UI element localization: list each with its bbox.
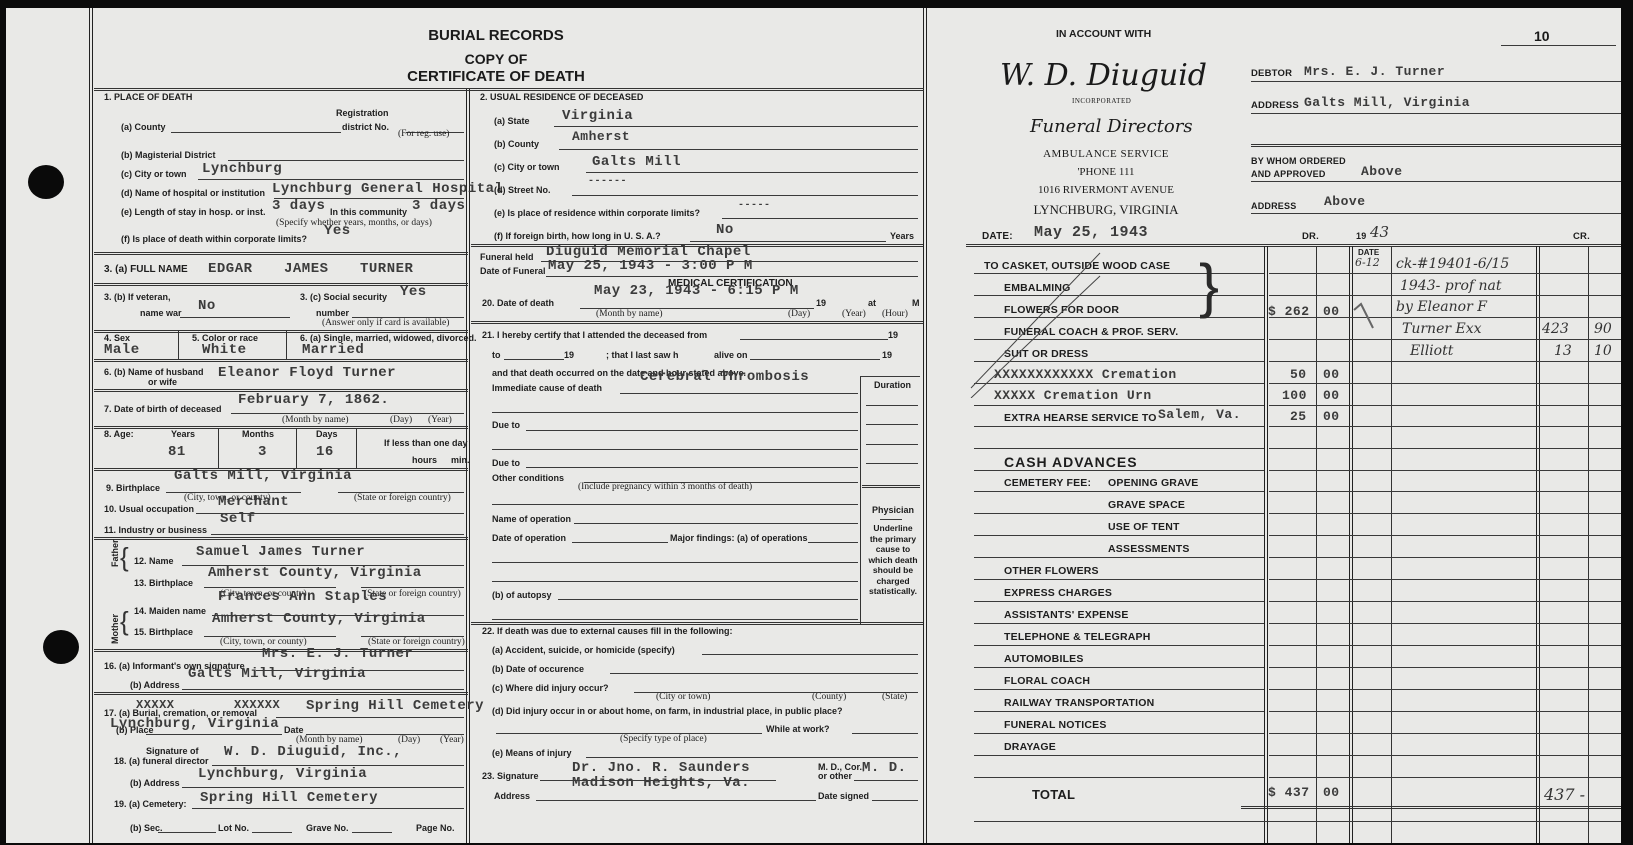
- row-rule: [974, 448, 1264, 449]
- father-name-label: 12. Name: [134, 556, 174, 566]
- underline: [536, 800, 816, 801]
- corporate-label: (e) Is place of residence within corpora…: [494, 208, 700, 218]
- line-item-dollars: 25: [1290, 409, 1307, 424]
- hearse-destination-value: Salem, Va.: [1158, 407, 1241, 422]
- duration-field[interactable]: [866, 424, 918, 425]
- ordered-label: BY WHOM ORDERED: [1251, 156, 1346, 166]
- row-rule: [1269, 689, 1621, 690]
- credit-cents: 10: [1594, 343, 1612, 359]
- invoice-date-label: DATE:: [982, 231, 1013, 242]
- divider: [862, 485, 920, 488]
- m-label: M: [912, 298, 920, 308]
- community-label: In this community: [330, 207, 407, 217]
- column-rule: [1349, 246, 1353, 843]
- row-rule: [1269, 361, 1621, 362]
- scan-edge: [1628, 8, 1633, 845]
- type-note: (Specify type of place): [620, 734, 707, 744]
- other-conditions-label: Other conditions: [492, 473, 564, 483]
- line-item-label: EXTRA HEARSE SERVICE TO: [1004, 412, 1157, 424]
- company-logo: W. D. Diuguid: [1000, 58, 1207, 93]
- underline: [1501, 45, 1616, 46]
- occupation-label: 10. Usual occupation: [104, 504, 194, 514]
- attended-to-field[interactable]: [504, 359, 564, 360]
- nineteen-label: 19: [888, 330, 898, 340]
- row-rule: [1269, 448, 1621, 449]
- birthplace-value: Galts Mill, Virginia: [174, 468, 352, 484]
- stay-value: 3 days: [272, 198, 325, 214]
- strikeout-1: XXXXX: [136, 698, 175, 712]
- certificate-border-right: [923, 8, 927, 843]
- divider: [286, 331, 287, 359]
- sec-field[interactable]: [158, 832, 216, 833]
- column-rule: [1536, 246, 1540, 843]
- ambulance-service-label: AMBULANCE SERVICE: [1036, 148, 1176, 160]
- years-label: Years: [890, 231, 914, 241]
- director-label-2: 18. (a) funeral director: [114, 756, 209, 766]
- invoice-number: 10: [1534, 28, 1550, 44]
- informant-address-label: (b) Address: [130, 680, 180, 690]
- row-rule: [1269, 491, 1621, 492]
- due-to-field[interactable]: [492, 449, 858, 450]
- burial-record-page: BURIAL RECORDS COPY OF CERTIFICATE OF DE…: [6, 8, 1621, 843]
- at-work-label: While at work?: [766, 724, 830, 734]
- other-item-label: FLORAL COACH: [1004, 675, 1090, 687]
- physician-address-label: Address: [494, 791, 530, 801]
- company-city-label: LYNCHBURG, VIRGINIA: [1028, 202, 1184, 218]
- means-field[interactable]: [586, 757, 918, 758]
- other-item-label: RAILWAY TRANSPORTATION: [1004, 697, 1154, 709]
- duration-field[interactable]: [866, 444, 918, 445]
- cash-item-label: USE OF TENT: [1108, 521, 1180, 533]
- strikethrough-lines: [966, 248, 1106, 398]
- death-date-value: May 23, 1943 - 6:15 P M: [594, 283, 799, 299]
- occupation-value: Merchant: [218, 494, 289, 510]
- binder-hole: [43, 630, 79, 664]
- row-rule: [1269, 557, 1621, 558]
- note-line: statistically.: [862, 586, 924, 597]
- invoice-date-value: May 25, 1943: [1034, 224, 1148, 241]
- spouse-label: 6. (b) Name of husband: [104, 367, 204, 377]
- state-note: (State or foreign country): [354, 493, 451, 503]
- debtor-label: DEBTOR: [1251, 68, 1292, 79]
- divider: [296, 428, 297, 468]
- check-mark-icon: [1351, 298, 1381, 333]
- mother-birthplace-label: 15. Birthplace: [134, 627, 193, 637]
- corporate-value: Yes: [324, 223, 351, 239]
- nineteen-label: 19: [882, 350, 892, 360]
- ssn-number-label: number: [316, 308, 349, 318]
- informant-signature-value: Mrs. E. J. Turner: [262, 646, 413, 662]
- years-label: Years: [171, 429, 195, 439]
- underline: [204, 587, 336, 588]
- state-note: (State): [882, 692, 907, 702]
- note-line: charged: [862, 576, 924, 587]
- divider: [966, 244, 1621, 247]
- findings-field[interactable]: [492, 562, 858, 563]
- divider: [1251, 144, 1621, 147]
- certificate-border-left: [89, 8, 93, 843]
- row-rule: [1269, 777, 1621, 778]
- underline: [182, 689, 464, 690]
- divider: [218, 428, 219, 468]
- due-to-field[interactable]: [526, 467, 858, 468]
- age-years-value: 81: [168, 444, 186, 460]
- due-to-field[interactable]: [526, 430, 858, 431]
- line-item-cents: 00: [1323, 367, 1340, 382]
- row-rule: [974, 821, 1621, 822]
- row-rule: [1269, 295, 1621, 296]
- at-label: at: [868, 298, 876, 308]
- first-name-value: EDGAR: [208, 261, 253, 277]
- op-date-label: Date of operation: [492, 533, 566, 543]
- findings-field[interactable]: [808, 542, 858, 543]
- column-divider: [466, 88, 470, 843]
- divider: [471, 321, 923, 324]
- total-label: TOTAL: [1032, 787, 1075, 802]
- days-label: Days: [316, 429, 338, 439]
- other-item-label: ASSISTANTS' EXPENSE: [1004, 609, 1129, 621]
- underline: [586, 172, 918, 173]
- row-rule: [1269, 579, 1621, 580]
- occurrence-label: (b) Date of occurence: [492, 664, 584, 674]
- underline: [361, 587, 464, 588]
- line-item-dollars: 100: [1282, 388, 1307, 403]
- other-item-label: AUTOMOBILES: [1004, 653, 1084, 665]
- industry-value: Self: [220, 511, 256, 527]
- handwritten-line: 1943- prof nat: [1400, 278, 1502, 294]
- divider: [356, 428, 357, 468]
- cemetery-value: Spring Hill Cemetery: [200, 790, 378, 806]
- company-address-label: 1016 RIVERMONT AVENUE: [1026, 184, 1186, 196]
- divider: [94, 359, 468, 362]
- divider: [94, 252, 468, 255]
- operation-label: Name of operation: [492, 514, 571, 524]
- disposition-value: Spring Hill Cemetery: [306, 698, 484, 714]
- underline: [1251, 181, 1621, 182]
- death-date-label: 20. Date of death: [482, 298, 554, 308]
- row-rule: [1269, 405, 1621, 406]
- city-label: (c) City or town: [494, 162, 560, 172]
- underline: [690, 241, 886, 242]
- county-label: (b) County: [494, 139, 539, 149]
- residence-corporate-value: -----: [738, 200, 771, 211]
- row-rule: [974, 755, 1264, 756]
- other-conditions-field[interactable]: [492, 504, 858, 505]
- duration-field[interactable]: [866, 405, 918, 406]
- last-name-value: TURNER: [360, 261, 413, 277]
- date-signed-field[interactable]: [872, 800, 918, 801]
- magisterial-label: (b) Magisterial District: [121, 150, 216, 160]
- row-rule: [974, 733, 1264, 734]
- physician-heading: Physician: [872, 505, 914, 515]
- mother-name-label: 14. Maiden name: [134, 606, 206, 616]
- middle-name-value: JAMES: [284, 261, 329, 277]
- underline: [276, 717, 464, 718]
- dob-label: 7. Date of birth of deceased: [104, 404, 222, 414]
- divider: [94, 537, 468, 540]
- marital-value: Married: [302, 342, 364, 358]
- residence-heading: 2. USUAL RESIDENCE OF DECEASED: [480, 92, 643, 102]
- name-war-label: name war: [140, 308, 182, 318]
- director-value: W. D. Diuguid, Inc.,: [224, 744, 402, 760]
- note-line: Underline: [862, 523, 924, 534]
- debtor-address-value: Galts Mill, Virginia: [1304, 95, 1470, 110]
- underline: [572, 195, 918, 196]
- cash-item-label: GRAVE SPACE: [1108, 499, 1185, 511]
- underline: [180, 317, 290, 318]
- residence-state-value: Virginia: [562, 108, 633, 124]
- at-work-field[interactable]: [852, 733, 918, 734]
- row-rule: [1269, 426, 1621, 427]
- county-field[interactable]: [171, 132, 341, 133]
- grave-field[interactable]: [352, 832, 392, 833]
- row-rule: [974, 667, 1264, 668]
- date-signed-label: Date signed: [818, 791, 869, 801]
- row-rule: [974, 645, 1264, 646]
- row-rule: [1269, 317, 1621, 318]
- accident-label: (a) Accident, suicide, or homicide (spec…: [492, 645, 675, 655]
- cemetery-fee-label: CEMETERY FEE:: [1004, 477, 1091, 489]
- community-value: 3 days: [412, 198, 465, 214]
- strikeout-2: XXXXXX: [234, 698, 280, 712]
- in-account-label: IN ACCOUNT WITH: [1056, 28, 1151, 40]
- autopsy-label: (b) of autopsy: [492, 590, 552, 600]
- ordered-value: Above: [1361, 164, 1403, 179]
- row-rule: [974, 470, 1264, 471]
- residence-street-value: ------: [588, 176, 627, 187]
- note-line: cause to: [862, 544, 924, 555]
- funeral-date-label: Date of Funeral: [480, 266, 546, 276]
- divider: [94, 692, 468, 695]
- veteran-label: 3. (b) If veteran,: [104, 292, 171, 302]
- row-rule: [1269, 535, 1621, 536]
- row-rule: [1269, 755, 1621, 756]
- district-label: district No.: [342, 122, 389, 132]
- underline: [1251, 213, 1621, 214]
- handwritten-line: Turner Exx: [1402, 321, 1482, 337]
- industry-label: 11. Industry or business: [104, 525, 207, 535]
- approver-address-label: ADDRESS: [1251, 201, 1296, 211]
- mother-name-value: Frances Ann Staples: [218, 589, 387, 605]
- spouse-label-2: or wife: [148, 377, 177, 387]
- column-rule: [1264, 246, 1268, 843]
- section-heading: 1. PLACE OF DEATH: [104, 92, 192, 102]
- cr-label: CR.: [1573, 231, 1590, 242]
- corporate-label: (f) Is place of death within corporate l…: [121, 234, 307, 244]
- autopsy-field[interactable]: [558, 599, 858, 600]
- findings-field[interactable]: [492, 581, 858, 582]
- column-rule: [1391, 246, 1392, 843]
- to-label: to: [492, 350, 501, 360]
- cause-field[interactable]: [492, 412, 858, 413]
- foreign-value: No: [716, 222, 734, 238]
- total-credit: 437 -: [1544, 785, 1585, 804]
- total-dollars: $ 437: [1268, 785, 1310, 800]
- cause-value: Cerebral Thrombosis: [640, 369, 809, 385]
- nineteen-label: 19: [816, 298, 826, 308]
- row-rule: [974, 689, 1264, 690]
- column-rule: [1316, 246, 1317, 843]
- dr-label: DR.: [1302, 231, 1319, 242]
- row-rule: [1269, 645, 1621, 646]
- brace-icon: {: [120, 608, 129, 634]
- father-birthplace-value: Amherst County, Virginia: [208, 565, 422, 581]
- md-label-2: or other: [818, 771, 852, 781]
- column-rule: [1588, 246, 1589, 843]
- residence-county-value: Amherst: [572, 129, 630, 144]
- debtor-value: Mrs. E. J. Turner: [1304, 64, 1445, 79]
- due-to-label: Due to: [492, 458, 520, 468]
- hours-label: hours: [412, 455, 437, 465]
- other-item-label: TELEPHONE & TELEGRAPH: [1004, 631, 1151, 643]
- mother-vertical-label: Mother: [110, 614, 120, 644]
- physician-address-value: Madison Heights, Va.: [572, 775, 750, 791]
- row-rule: [1269, 470, 1621, 471]
- age-days-value: 16: [316, 444, 334, 460]
- underline: [231, 413, 464, 414]
- note-line: should be: [862, 565, 924, 576]
- physician-signature-value: Dr. Jno. R. Saunders: [572, 760, 750, 776]
- row-rule: [1269, 339, 1621, 340]
- credit-cents: 90: [1594, 321, 1612, 337]
- handwritten-line: ck-#19401-6/15: [1396, 256, 1509, 272]
- attended-from-field[interactable]: [740, 339, 888, 340]
- funeral-held-label: Funeral held: [480, 252, 534, 262]
- line-item-cents: 00: [1323, 409, 1340, 424]
- father-name-value: Samuel James Turner: [196, 544, 365, 560]
- residence-city-value: Galts Mill: [592, 154, 681, 170]
- city-note: (City or town): [656, 692, 710, 702]
- nineteen-label: 19: [564, 350, 574, 360]
- row-rule: [974, 579, 1264, 580]
- county-label: (a) County: [121, 122, 166, 132]
- certificate-subtitle: CERTIFICATE OF DEATH: [346, 68, 646, 85]
- row-rule: [1269, 383, 1621, 384]
- year-prefix-label: 19: [1356, 231, 1366, 241]
- burial-records-title: BURIAL RECORDS: [376, 27, 616, 44]
- row-rule: [974, 491, 1264, 492]
- autopsy-field[interactable]: [492, 619, 858, 620]
- registration-label: Registration: [336, 108, 389, 118]
- brace-icon: {: [120, 544, 129, 570]
- veteran-value: No: [198, 298, 216, 314]
- page-label: Page No.: [416, 823, 455, 833]
- other-item-label: OTHER FLOWERS: [1004, 565, 1099, 577]
- underline: [554, 126, 918, 127]
- underline: [1251, 113, 1621, 114]
- other-item-label: DRAYAGE: [1004, 741, 1056, 753]
- street-label: (d) Street No.: [494, 185, 551, 195]
- county-note: (County): [812, 692, 846, 702]
- occurrence-field[interactable]: [610, 673, 918, 674]
- divider: [94, 426, 468, 429]
- hospital-value: Lynchburg General Hospital: [272, 181, 503, 197]
- ssn-value: Yes: [400, 284, 427, 300]
- lot-label: Lot No.: [218, 823, 249, 833]
- findings-label: Major findings: (a) of operations: [670, 533, 808, 543]
- divider: [880, 519, 902, 520]
- copy-of-label: COPY OF: [376, 51, 616, 67]
- note-line: which death: [862, 555, 924, 566]
- funeral-date-value: May 25, 1943 - 3:00 P M: [548, 258, 753, 274]
- handwritten-line: Elliott: [1410, 343, 1453, 359]
- binder-hole: [28, 165, 64, 199]
- physician-note: Underline the primary cause to which dea…: [862, 523, 924, 597]
- funeral-directors-tagline: Funeral Directors: [1030, 116, 1193, 137]
- year-handwritten: 43: [1370, 223, 1389, 241]
- underline: [198, 179, 464, 180]
- cash-advances-heading: CASH ADVANCES: [1004, 454, 1138, 470]
- certify-label: 21. I hereby certify that I attended the…: [482, 330, 707, 340]
- city-value: Lynchburg: [202, 161, 282, 177]
- year-note: (Year): [428, 415, 452, 425]
- row-rule: [974, 777, 1264, 778]
- underline: [620, 393, 858, 394]
- credit-dollars: 423: [1542, 321, 1569, 337]
- means-label: (e) Means of injury: [492, 748, 572, 758]
- pregnancy-note: (Include pregnancy within 3 months of de…: [578, 482, 752, 492]
- underline: [546, 276, 918, 277]
- row-rule: [974, 623, 1264, 624]
- date-label: Date: [284, 725, 304, 735]
- alive-label: alive on: [714, 350, 748, 360]
- row-rule: [1269, 733, 1621, 734]
- father-birthplace-label: 13. Birthplace: [134, 578, 193, 588]
- row-rule: [974, 557, 1264, 558]
- accident-field[interactable]: [702, 654, 918, 655]
- operation-field[interactable]: [574, 523, 858, 524]
- handwritten-line: by Eleanor F: [1396, 299, 1487, 315]
- ssn-label: 3. (c) Social security: [300, 292, 387, 302]
- cash-item-label: OPENING GRAVE: [1108, 477, 1199, 489]
- race-value: White: [202, 342, 247, 358]
- cemetery-label: 19. (a) Cemetery:: [114, 799, 187, 809]
- months-label: Months: [242, 429, 274, 439]
- alive-on-field[interactable]: [750, 359, 880, 360]
- op-date-field[interactable]: [572, 542, 668, 543]
- duration-field[interactable]: [866, 463, 918, 464]
- approver-address-value: Above: [1324, 194, 1366, 209]
- grave-label: Grave No.: [306, 823, 349, 833]
- min-label: min.: [451, 455, 470, 465]
- age-months-value: 3: [258, 444, 267, 460]
- underline: [1251, 81, 1621, 82]
- divider: [860, 376, 861, 624]
- due-to-label: Due to: [492, 420, 520, 430]
- divider: [471, 622, 923, 625]
- specify-note: (Specify whether years, months, or days): [276, 218, 432, 228]
- father-vertical-label: Father: [110, 539, 120, 567]
- less-day-label: If less than one day: [384, 438, 468, 448]
- handwritten-date: 6-12: [1355, 256, 1380, 269]
- row-rule: [974, 513, 1264, 514]
- row-rule: [974, 711, 1264, 712]
- cash-item-label: ASSESSMENTS: [1108, 543, 1190, 555]
- sex-value: Male: [104, 342, 140, 358]
- place-value: Lynchburg, Virginia: [110, 716, 279, 732]
- year-note: (Year): [440, 735, 464, 745]
- note-line: the primary: [862, 534, 924, 545]
- row-rule: [974, 535, 1264, 536]
- incorporated-label: INCORPORATED: [1072, 97, 1131, 105]
- mother-birthplace-value: Amherst County, Virginia: [212, 611, 426, 627]
- underline: [192, 808, 464, 809]
- lot-field[interactable]: [252, 832, 292, 833]
- injury-place-label: (d) Did injury occur in or about home, o…: [492, 706, 843, 716]
- stay-label: (e) Length of stay in hosp. or inst.: [121, 207, 266, 217]
- line-item-dollars: 50: [1290, 367, 1307, 382]
- director-address-value: Lynchburg, Virginia: [198, 766, 367, 782]
